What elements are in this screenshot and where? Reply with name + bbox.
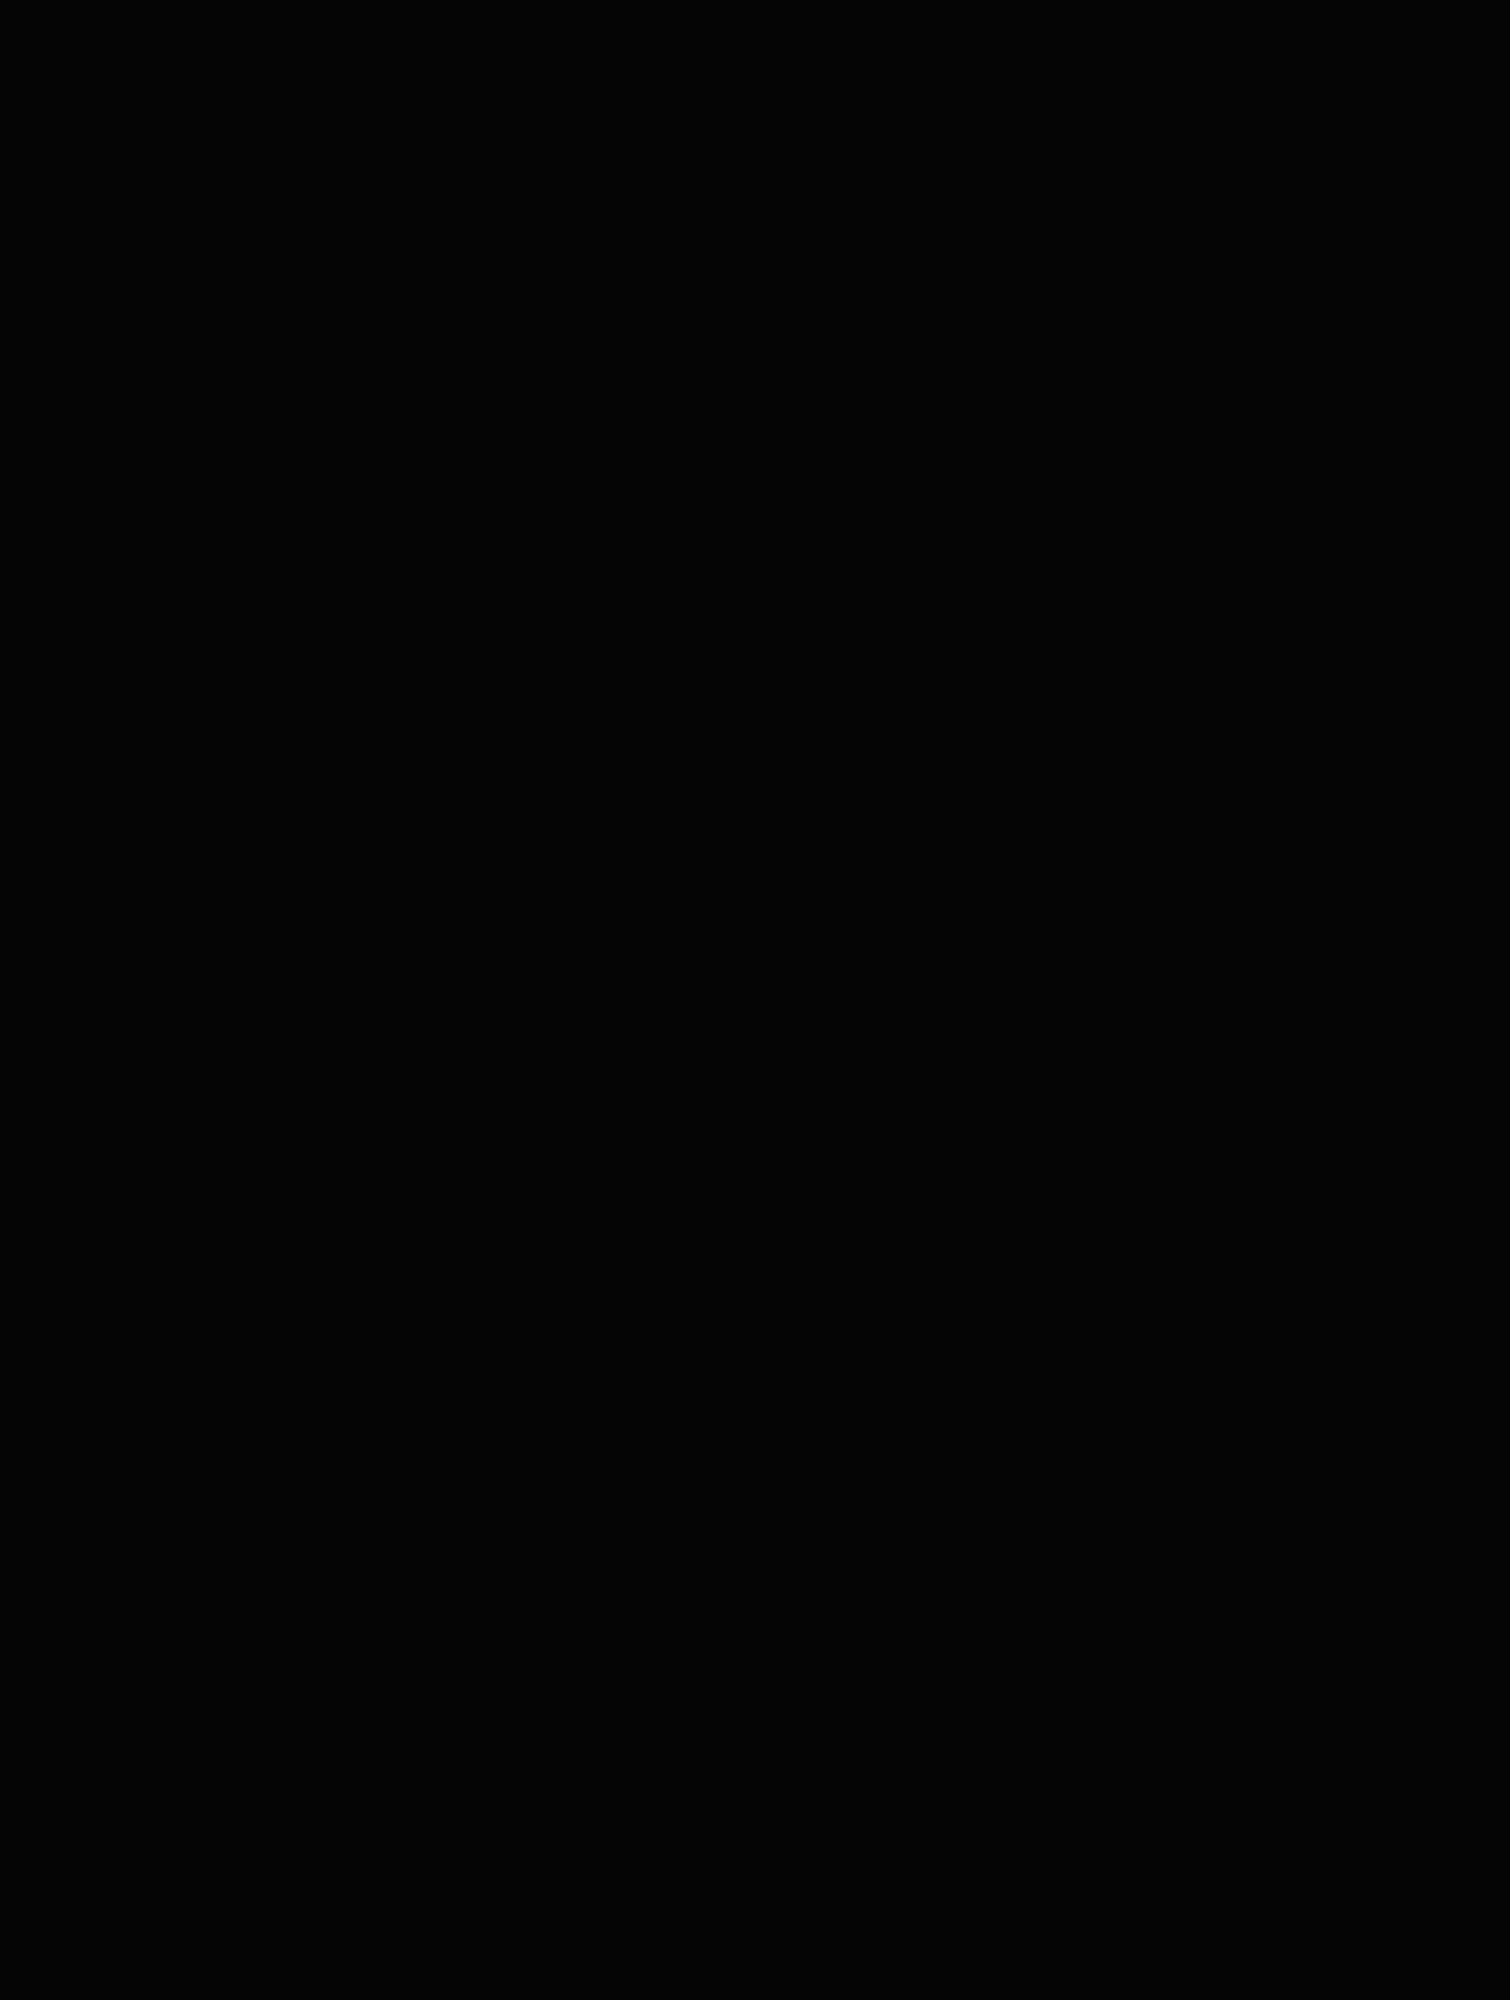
- manuscript-photo: [0, 0, 1510, 2000]
- left-ruler: [0, 0, 35, 2000]
- top-ruler: [0, 0, 1510, 56]
- scan-viewport: [0, 0, 1510, 2000]
